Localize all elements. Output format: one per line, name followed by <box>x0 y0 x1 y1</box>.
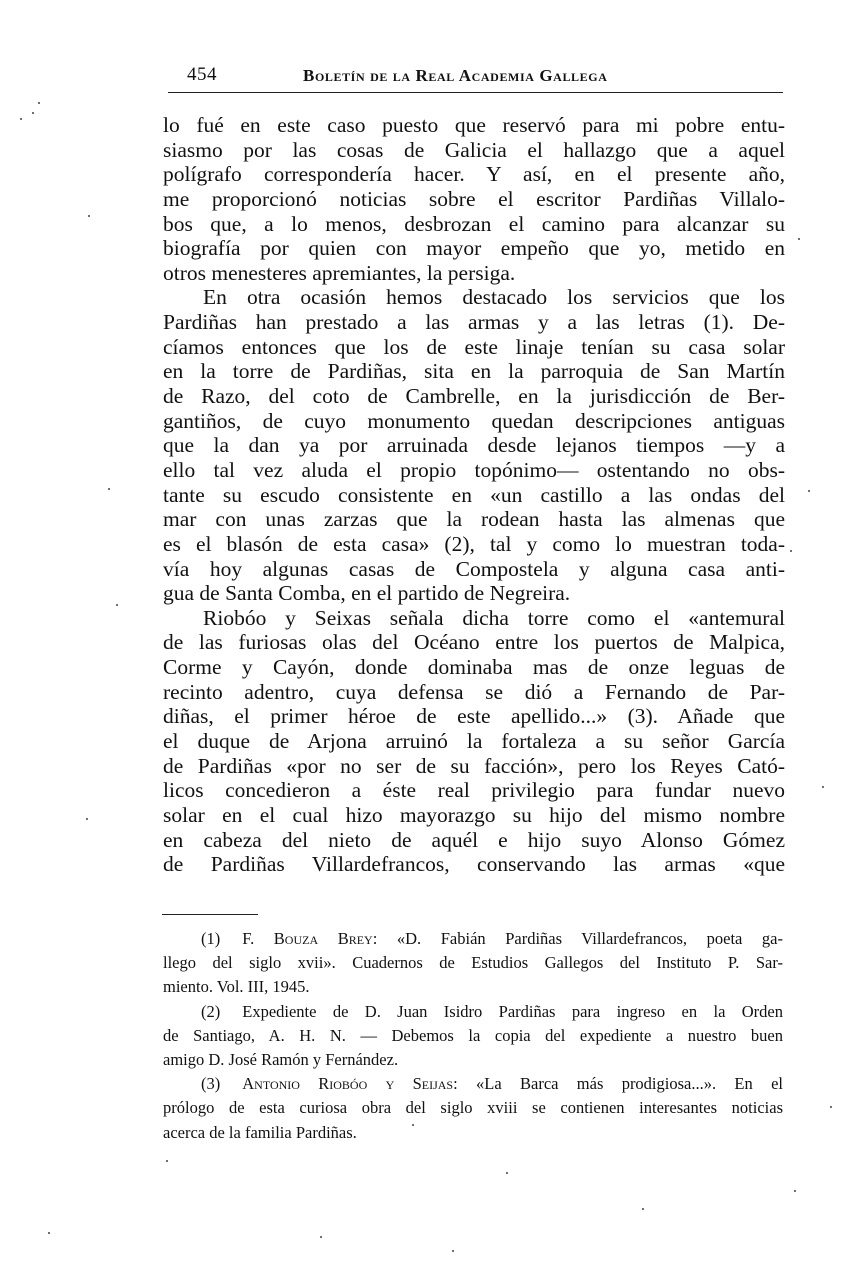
footnote-2-line: de Santiago, A. H. N. — Debemos la copia… <box>163 1024 783 1048</box>
body-line: ello tal vez aluda el propio topónimo— o… <box>163 458 785 483</box>
body-line: solar en el cual hizo mayorazgo su hijo … <box>163 803 785 828</box>
footnote-rule <box>162 914 258 915</box>
footnote-number: (2) <box>201 1000 220 1024</box>
scan-speck <box>808 490 810 492</box>
body-text: lo fué en este caso puesto que reservó p… <box>163 113 785 877</box>
body-line: mar con unas zarzas que la rodean hasta … <box>163 507 785 532</box>
footnote-3-line: prólogo de esta curiosa obra del siglo x… <box>163 1096 783 1120</box>
body-line: de Pardiñas Villardefrancos, conservando… <box>163 852 785 877</box>
footnote-author: Antonio Riobóo y Seijas: <box>242 1074 457 1093</box>
body-line: es el blasón de esta casa» (2), tal y co… <box>163 532 785 557</box>
scan-speck <box>32 112 34 114</box>
body-line: siasmo por las cosas de Galicia el halla… <box>163 138 785 163</box>
body-line: biografía por quien con mayor empeño que… <box>163 236 785 261</box>
scan-speck <box>412 1124 414 1126</box>
footnote-number: (1) <box>201 927 220 951</box>
footnote-3-line: (3)Antonio Riobóo y Seijas: «La Barca má… <box>163 1072 783 1096</box>
scan-speck <box>166 1160 168 1162</box>
body-line: vía hoy algunas casas de Compostela y al… <box>163 557 785 582</box>
body-line: en cabeza del nieto de aquél e hijo suyo… <box>163 828 785 853</box>
body-line: de Pardiñas «por no ser de su facción», … <box>163 754 785 779</box>
footnote-text: «D. Fabián Pardiñas Villardefrancos, poe… <box>397 929 783 948</box>
scan-speck <box>20 118 22 120</box>
body-line: lo fué en este caso puesto que reservó p… <box>163 113 785 138</box>
journal-title: Boletín de la Real Academia Gallega <box>303 66 607 86</box>
body-line: Corme y Cayón, donde dominaba mas de onz… <box>163 655 785 680</box>
scan-speck <box>506 1172 508 1174</box>
body-line: de Razo, del coto de Cambrelle, en la ju… <box>163 384 785 409</box>
body-line: que la dan ya por arruinada desde lejano… <box>163 433 785 458</box>
footnote-author: F. Bouza Brey: <box>242 929 377 948</box>
footnote-3-line: acerca de la familia Pardiñas. <box>163 1121 783 1145</box>
footnote-1-line: llego del siglo xvii». Cuadernos de Estu… <box>163 951 783 975</box>
body-line: gua de Santa Comba, en el partido de Neg… <box>163 581 785 606</box>
footnote-1-line: (1)F. Bouza Brey: «D. Fabián Pardiñas Vi… <box>163 927 783 951</box>
scan-speck <box>642 1208 644 1210</box>
scan-speck <box>830 1106 832 1108</box>
body-line: polígrafo correspondería hacer. Y así, e… <box>163 162 785 187</box>
header-rule <box>168 92 783 93</box>
scan-speck <box>790 550 792 552</box>
footnotes: (1)F. Bouza Brey: «D. Fabián Pardiñas Vi… <box>163 927 783 1145</box>
paragraph-start-line: Riobóo y Seixas señala dicha torre como … <box>163 606 785 631</box>
footnote-number: (3) <box>201 1072 220 1096</box>
footnote-1-line: miento. Vol. III, 1945. <box>163 975 783 999</box>
scan-speck <box>38 102 40 104</box>
body-line: otros menesteres apremiantes, la persiga… <box>163 261 785 286</box>
body-line: tante su escudo consistente en «un casti… <box>163 483 785 508</box>
footnote-text: Expediente de D. Juan Isidro Pardiñas pa… <box>242 1002 783 1021</box>
scan-speck <box>822 786 824 788</box>
scan-speck <box>794 1190 796 1192</box>
body-line: Pardiñas han prestado a las armas y a la… <box>163 310 785 335</box>
body-line: recinto adentro, cuya defensa se dió a F… <box>163 680 785 705</box>
scanned-page: 454 Boletín de la Real Academia Gallega … <box>0 0 850 1280</box>
body-line: gantiños, de cuyo monumento quedan descr… <box>163 409 785 434</box>
paragraph-start-line: En otra ocasión hemos destacado los serv… <box>163 285 785 310</box>
footnote-2-line: amigo D. José Ramón y Fernández. <box>163 1048 783 1072</box>
body-line: me proporcionó noticias sobre el escrito… <box>163 187 785 212</box>
scan-speck <box>88 215 90 217</box>
body-line: diñas, el primer héroe de este apellido.… <box>163 704 785 729</box>
scan-speck <box>86 818 88 820</box>
scan-speck <box>48 1232 50 1234</box>
page-number: 454 <box>187 64 217 86</box>
body-line: bos que, a lo menos, desbrozan el camino… <box>163 212 785 237</box>
body-line: cíamos entonces que los de este linaje t… <box>163 335 785 360</box>
scan-speck <box>108 488 110 490</box>
body-line: de las furiosas olas del Océano entre lo… <box>163 630 785 655</box>
footnote-text: «La Barca más prodigiosa...». En el <box>476 1074 783 1093</box>
footnote-2-line: (2)Expediente de D. Juan Isidro Pardiñas… <box>163 1000 783 1024</box>
scan-speck <box>320 1236 322 1238</box>
body-line: licos concedieron a éste real privilegio… <box>163 778 785 803</box>
body-line: el duque de Arjona arruinó la fortaleza … <box>163 729 785 754</box>
running-head: 454 Boletín de la Real Academia Gallega <box>163 64 783 88</box>
scan-speck <box>798 238 800 240</box>
body-line: en la torre de Pardiñas, sita en la parr… <box>163 359 785 384</box>
scan-speck <box>116 604 118 606</box>
scan-speck <box>452 1250 454 1252</box>
